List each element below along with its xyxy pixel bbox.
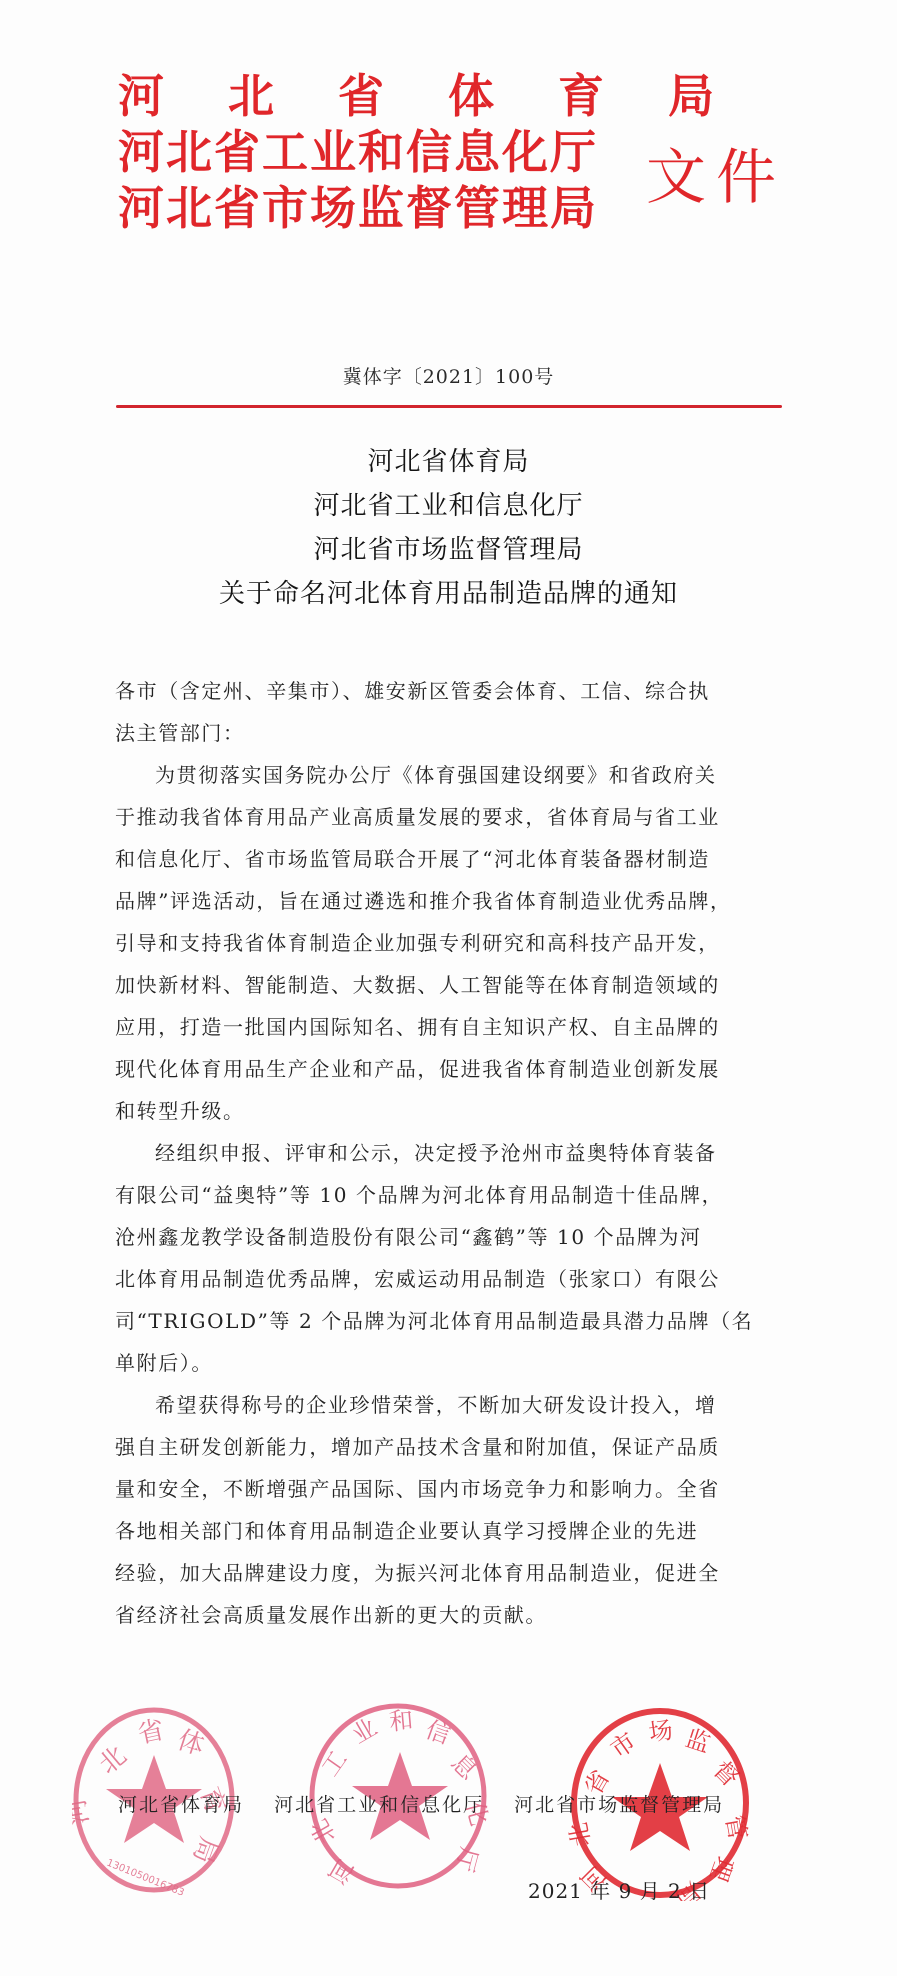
red-letterhead: 河 北 省 体 育 局 河北省工业和信息化厅 河北省市场监督管理局 文件 xyxy=(118,68,798,268)
svg-text:和: 和 xyxy=(388,1706,414,1736)
body-line: 法主管部门： xyxy=(115,712,787,754)
issuer-sports-bureau: 河 北 省 体 育 局 xyxy=(118,68,738,124)
body-line: 和信息化厅、省市场监管局联合开展了“河北体育装备器材制造 xyxy=(115,838,787,880)
paragraph-background: 为贯彻落实国务院办公厅《体育强国建设纲要》和省政府关 于推动我省体育用品产业高质… xyxy=(115,754,787,1132)
salutation: 各市（含定州、辛集市）、雄安新区管委会体育、工信、综合执 法主管部门： xyxy=(115,670,787,754)
body-line: 和转型升级。 xyxy=(115,1090,787,1132)
svg-text:厅: 厅 xyxy=(450,1844,483,1874)
body-line: 量和安全，不断增强产品国际、国内市场竞争力和影响力。全省 xyxy=(115,1468,787,1510)
red-divider-line xyxy=(116,405,782,408)
body-line: 单附后）。 xyxy=(115,1342,787,1384)
issue-date: 2021 年 9 月 2 日 xyxy=(528,1875,710,1904)
paragraph-expectations: 希望获得称号的企业珍惜荣誉，不断加大研发设计投入，增 强自主研发创新能力，增加产… xyxy=(115,1384,787,1636)
signer-sports-bureau: 河北省体育局 xyxy=(118,1790,244,1817)
svg-text:市: 市 xyxy=(605,1727,641,1764)
body-line: 于推动我省体育用品产业高质量发展的要求，省体育局与省工业 xyxy=(115,796,787,838)
body-line: 引导和支持我省体育制造企业加强专利研究和高科技产品开发， xyxy=(115,922,787,964)
document-title: 河北省体育局 河北省工业和信息化厅 河北省市场监督管理局 关于命名河北体育用品制… xyxy=(0,440,897,616)
svg-text:监: 监 xyxy=(682,1724,713,1758)
title-line: 关于命名河北体育用品制造品牌的通知 xyxy=(0,572,897,616)
svg-text:场: 场 xyxy=(647,1716,675,1747)
body-line: 强自主研发创新能力，增加产品技术含量和附加值，保证产品质 xyxy=(115,1426,787,1468)
body-line: 经验，加大品牌建设力度，为振兴河北体育用品制造业，促进全 xyxy=(115,1552,787,1594)
svg-text:北: 北 xyxy=(568,1820,596,1848)
svg-text:局: 局 xyxy=(187,1833,224,1868)
title-line: 河北省工业和信息化厅 xyxy=(0,484,897,528)
body-line: 有限公司“益奥特”等 10 个品牌为河北体育用品制造十佳品牌， xyxy=(115,1174,787,1216)
signer-industry-it-department: 河北省工业和信息化厅 xyxy=(274,1790,484,1817)
signature-line: 河北省体育局 河北省工业和信息化厅 河北省市场监督管理局 xyxy=(118,1790,818,1817)
body-line: 加快新材料、智能制造、大数据、人工智能等在体育制造领域的 xyxy=(115,964,787,1006)
svg-text:北: 北 xyxy=(306,1814,341,1849)
svg-text:河: 河 xyxy=(72,1796,95,1827)
svg-text:省: 省 xyxy=(135,1715,167,1750)
svg-text:信: 信 xyxy=(422,1715,454,1750)
body-line: 品牌”评选活动，旨在通过遴选和推介我省体育制造业优秀品牌， xyxy=(115,880,787,922)
svg-text:河: 河 xyxy=(324,1853,359,1889)
body-line: 各市（含定州、辛集市）、雄安新区管委会体育、工信、综合执 xyxy=(115,670,787,712)
title-line: 河北省市场监督管理局 xyxy=(0,528,897,572)
body-line: 应用，打造一批国内国际知名、拥有自主知识产权、自主品牌的 xyxy=(115,1006,787,1048)
svg-text:体: 体 xyxy=(174,1725,208,1762)
body-line: 司“TRIGOLD”等 2 个品牌为河北体育用品制造最具潜力品牌（名 xyxy=(115,1300,787,1342)
body-line: 省经济社会高质量发展作出新的更大的贡献。 xyxy=(115,1594,787,1636)
body-line: 经组织申报、评审和公示，决定授予沧州市益奥特体育装备 xyxy=(115,1132,787,1174)
svg-text:管: 管 xyxy=(720,1813,752,1841)
document-number: 冀体字〔2021〕100号 xyxy=(0,362,897,389)
body-line: 各地相关部门和体育用品制造企业要认真学习授牌企业的先进 xyxy=(115,1510,787,1552)
svg-text:北: 北 xyxy=(93,1741,132,1781)
body-line: 北体育用品制造优秀品牌，宏威运动用品制造（张家口）有限公 xyxy=(115,1258,787,1300)
title-line: 河北省体育局 xyxy=(0,440,897,484)
document-label: 文件 xyxy=(646,148,786,208)
signer-market-regulation-bureau: 河北省市场监督管理局 xyxy=(514,1790,724,1817)
body-line: 现代化体育用品生产企业和产品，促进我省体育制造业创新发展 xyxy=(115,1048,787,1090)
body-line: 希望获得称号的企业珍惜荣誉，不断加大研发设计投入，增 xyxy=(115,1384,787,1426)
document-body: 各市（含定州、辛集市）、雄安新区管委会体育、工信、综合执 法主管部门： 为贯彻落… xyxy=(115,670,787,1636)
svg-text:息: 息 xyxy=(446,1748,483,1785)
body-line: 为贯彻落实国务院办公厅《体育强国建设纲要》和省政府关 xyxy=(115,754,787,796)
body-line: 沧州鑫龙教学设备制造股份有限公司“鑫鹤”等 10 个品牌为河 xyxy=(115,1216,787,1258)
document-page: 河 北 省 体 育 局 河北省工业和信息化厅 河北省市场监督管理局 文件 冀体字… xyxy=(0,0,897,1976)
paragraph-decision: 经组织申报、评审和公示，决定授予沧州市益奥特体育装备 有限公司“益奥特”等 10… xyxy=(115,1132,787,1384)
